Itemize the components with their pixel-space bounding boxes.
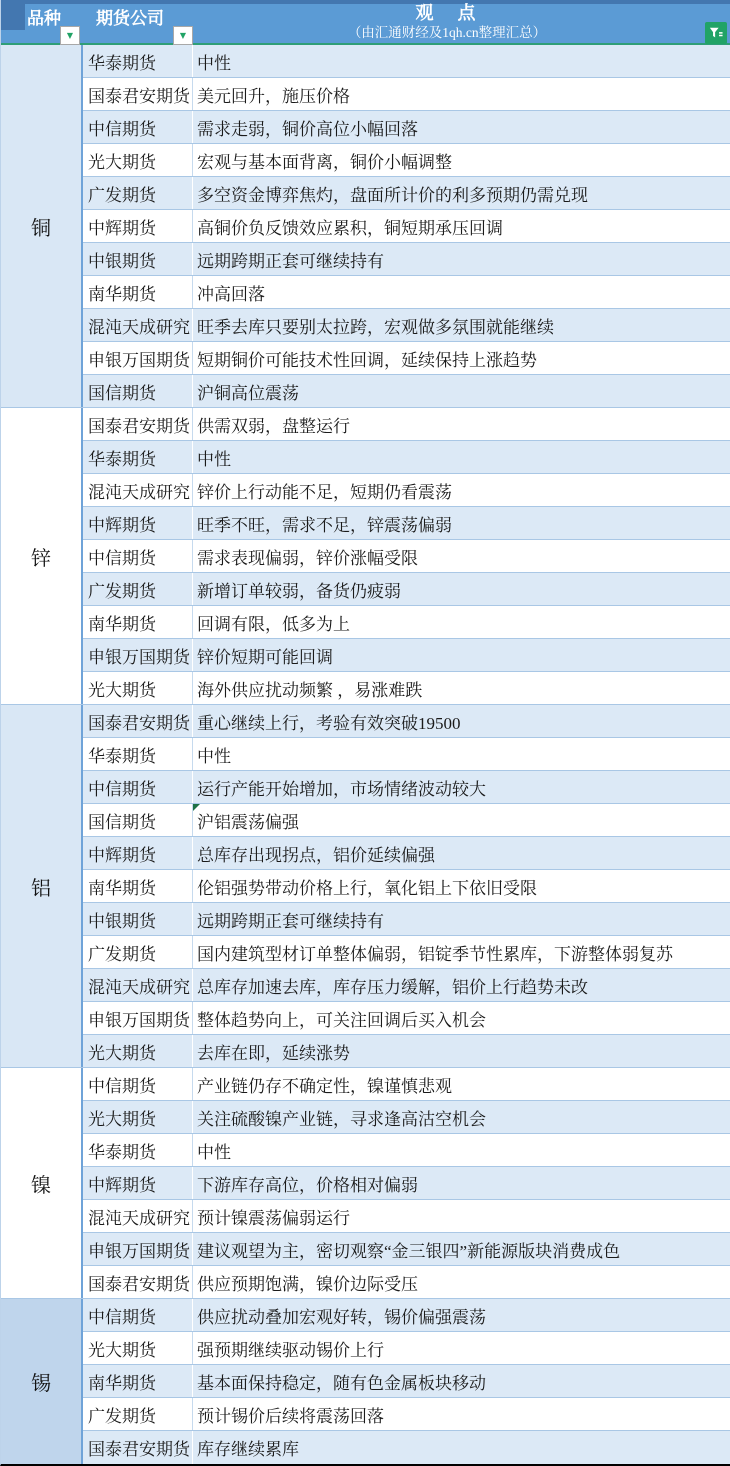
table-row: 国泰君安期货重心继续上行，考验有效突破19500 — [83, 705, 730, 738]
company-cell[interactable]: 南华期货 — [83, 606, 193, 638]
view-cell[interactable]: 下游库存高位，价格相对偏弱 — [193, 1167, 730, 1199]
table-row: 华泰期货中性 — [83, 738, 730, 771]
company-cell[interactable]: 国泰君安期货 — [83, 1431, 193, 1464]
company-cell[interactable]: 申银万国期货 — [83, 1233, 193, 1265]
company-cell[interactable]: 广发期货 — [83, 177, 193, 209]
futures-opinions-table: 品种 ▼ 期货公司 ▼ 观 点 （由汇通财经及1qh.cn整理汇总） 铜华泰期货… — [0, 0, 730, 1466]
view-cell[interactable]: 锌价短期可能回调 — [193, 639, 730, 671]
view-cell[interactable]: 预计锡价后续将震荡回落 — [193, 1398, 730, 1430]
view-cell[interactable]: 冲高回落 — [193, 276, 730, 308]
company-column-header: 期货公司 — [96, 9, 164, 29]
section-rows: 中信期货供应扰动叠加宏观好转，锡价偏强震荡光大期货强预期继续驱动锡价上行南华期货… — [83, 1299, 730, 1464]
company-cell[interactable]: 中银期货 — [83, 243, 193, 275]
view-cell[interactable]: 强预期继续驱动锡价上行 — [193, 1332, 730, 1364]
table-row: 中信期货供应扰动叠加宏观好转，锡价偏强震荡 — [83, 1299, 730, 1332]
company-cell[interactable]: 光大期货 — [83, 1101, 193, 1133]
variety-cell[interactable]: 铝 — [1, 705, 83, 1068]
table-row: 广发期货新增订单较弱，备货仍疲弱 — [83, 573, 730, 606]
company-cell[interactable]: 混沌天成研究 — [83, 309, 193, 341]
table-row: 国泰君安期货供应预期饱满，镍价边际受压 — [83, 1266, 730, 1299]
variety-cell[interactable]: 锌 — [1, 408, 83, 705]
table-row: 中信期货产业链仍存不确定性，镍谨慎悲观 — [83, 1068, 730, 1101]
metal-section: 镍中信期货产业链仍存不确定性，镍谨慎悲观光大期货关注硫酸镍产业链，寻求逢高沽空机… — [1, 1068, 730, 1299]
view-title: 观 点 — [194, 3, 700, 23]
table-row: 光大期货强预期继续驱动锡价上行 — [83, 1332, 730, 1365]
view-cell[interactable]: 宏观与基本面背离，铜价小幅调整 — [193, 144, 730, 176]
view-column-header: 观 点 （由汇通财经及1qh.cn整理汇总） — [194, 3, 700, 41]
table-body: 铜华泰期货中性国泰君安期货美元回升，施压价格中信期货需求走弱，铜价高位小幅回落光… — [1, 45, 730, 1464]
table-row: 中信期货运行产能开始增加，市场情绪波动较大 — [83, 771, 730, 804]
table-row: 国泰君安期货美元回升，施压价格 — [83, 78, 730, 111]
company-cell[interactable]: 申银万国期货 — [83, 1002, 193, 1034]
section-rows: 国泰君安期货供需双弱，盘整运行华泰期货中性混沌天成研究锌价上行动能不足，短期仍看… — [83, 408, 730, 705]
view-cell[interactable]: 远期跨期正套可继续持有 — [193, 243, 730, 275]
variety-cell[interactable]: 锡 — [1, 1299, 83, 1464]
view-cell[interactable]: 回调有限，低多为上 — [193, 606, 730, 638]
cell-comment-marker — [193, 804, 200, 811]
view-cell[interactable]: 库存继续累库 — [193, 1431, 730, 1464]
company-cell[interactable]: 中信期货 — [83, 1068, 193, 1100]
company-cell[interactable]: 国泰君安期货 — [83, 705, 193, 737]
company-cell[interactable]: 广发期货 — [83, 1398, 193, 1430]
view-cell[interactable]: 关注硫酸镍产业链，寻求逢高沽空机会 — [193, 1101, 730, 1133]
company-cell[interactable]: 中银期货 — [83, 903, 193, 935]
company-cell[interactable]: 南华期货 — [83, 276, 193, 308]
table-row: 申银万国期货短期铜价可能技术性回调，延续保持上涨趋势 — [83, 342, 730, 375]
metal-section: 铝国泰君安期货重心继续上行，考验有效突破19500华泰期货中性中信期货运行产能开… — [1, 705, 730, 1068]
view-cell[interactable]: 短期铜价可能技术性回调，延续保持上涨趋势 — [193, 342, 730, 374]
company-cell[interactable]: 华泰期货 — [83, 45, 193, 77]
company-cell[interactable]: 申银万国期货 — [83, 639, 193, 671]
table-row: 南华期货伦铝强势带动价格上行，氧化铝上下依旧受限 — [83, 870, 730, 903]
view-cell[interactable]: 沪铝震荡偏强 — [193, 804, 730, 836]
table-row: 国泰君安期货库存继续累库 — [83, 1431, 730, 1464]
view-cell[interactable]: 中性 — [193, 1134, 730, 1166]
table-row: 中辉期货总库存出现拐点，铝价延续偏强 — [83, 837, 730, 870]
view-cell[interactable]: 基本面保持稳定，随有色金属板块移动 — [193, 1365, 730, 1397]
company-cell[interactable]: 中辉期货 — [83, 837, 193, 869]
company-cell[interactable]: 中信期货 — [83, 111, 193, 143]
view-cell[interactable]: 建议观望为主，密切观察“金三银四”新能源版块消费成色 — [193, 1233, 730, 1265]
company-cell[interactable]: 混沌天成研究 — [83, 474, 193, 506]
table-row: 光大期货去库在即，延续涨势 — [83, 1035, 730, 1068]
company-cell[interactable]: 光大期货 — [83, 1332, 193, 1364]
view-cell[interactable]: 国内建筑型材订单整体偏弱，铝锭季节性累库，下游整体弱复苏 — [193, 936, 730, 968]
view-cell[interactable]: 新增订单较弱，备货仍疲弱 — [193, 573, 730, 605]
company-cell[interactable]: 国信期货 — [83, 804, 193, 836]
table-row: 中辉期货旺季不旺，需求不足，锌震荡偏弱 — [83, 507, 730, 540]
table-row: 中信期货需求表现偏弱，锌价涨幅受限 — [83, 540, 730, 573]
funnel-glyph — [709, 26, 723, 40]
company-cell[interactable]: 南华期货 — [83, 1365, 193, 1397]
company-cell[interactable]: 华泰期货 — [83, 441, 193, 473]
view-cell[interactable]: 去库在即，延续涨势 — [193, 1035, 730, 1067]
variety-column-header: 品种 — [27, 9, 61, 29]
table-row: 光大期货关注硫酸镍产业链，寻求逢高沽空机会 — [83, 1101, 730, 1134]
view-cell[interactable]: 需求走弱，铜价高位小幅回落 — [193, 111, 730, 143]
view-cell[interactable]: 旺季不旺，需求不足，锌震荡偏弱 — [193, 507, 730, 539]
company-cell[interactable]: 混沌天成研究 — [83, 969, 193, 1001]
table-row: 广发期货预计锡价后续将震荡回落 — [83, 1398, 730, 1431]
view-cell[interactable]: 海外供应扰动频繁 ，易涨难跌 — [193, 672, 730, 704]
metal-section: 锡中信期货供应扰动叠加宏观好转，锡价偏强震荡光大期货强预期继续驱动锡价上行南华期… — [1, 1299, 730, 1464]
table-row: 华泰期货中性 — [83, 45, 730, 78]
company-cell[interactable]: 国信期货 — [83, 375, 193, 407]
view-cell[interactable]: 中性 — [193, 738, 730, 770]
variety-cell[interactable]: 镍 — [1, 1068, 83, 1299]
table-row: 光大期货海外供应扰动频繁 ，易涨难跌 — [83, 672, 730, 705]
table-row: 华泰期货中性 — [83, 441, 730, 474]
table-row: 混沌天成研究总库存加速去库，库存压力缓解，铝价上行趋势未改 — [83, 969, 730, 1002]
view-cell[interactable]: 中性 — [193, 45, 730, 77]
view-cell[interactable]: 供应扰动叠加宏观好转，锡价偏强震荡 — [193, 1299, 730, 1331]
metal-section: 铜华泰期货中性国泰君安期货美元回升，施压价格中信期货需求走弱，铜价高位小幅回落光… — [1, 45, 730, 408]
chevron-down-icon: ▼ — [180, 31, 186, 40]
view-cell[interactable]: 旺季去库只要别太拉跨，宏观做多氛围就能继续 — [193, 309, 730, 341]
view-subtitle: （由汇通财经及1qh.cn整理汇总） — [194, 24, 700, 41]
company-cell[interactable]: 广发期货 — [83, 573, 193, 605]
view-cell[interactable]: 美元回升，施压价格 — [193, 78, 730, 110]
chevron-down-icon: ▼ — [67, 31, 73, 40]
metal-section: 锌国泰君安期货供需双弱，盘整运行华泰期货中性混沌天成研究锌价上行动能不足，短期仍… — [1, 408, 730, 705]
company-cell[interactable]: 广发期货 — [83, 936, 193, 968]
header-corner-block — [1, 0, 25, 30]
section-rows: 华泰期货中性国泰君安期货美元回升，施压价格中信期货需求走弱，铜价高位小幅回落光大… — [83, 45, 730, 408]
table-row: 中信期货需求走弱，铜价高位小幅回落 — [83, 111, 730, 144]
table-row: 南华期货基本面保持稳定，随有色金属板块移动 — [83, 1365, 730, 1398]
table-row: 中辉期货高铜价负反馈效应累积，铜短期承压回调 — [83, 210, 730, 243]
company-cell[interactable]: 中辉期货 — [83, 210, 193, 242]
company-cell[interactable]: 华泰期货 — [83, 738, 193, 770]
view-cell[interactable]: 产业链仍存不确定性，镍谨慎悲观 — [193, 1068, 730, 1100]
company-cell[interactable]: 光大期货 — [83, 672, 193, 704]
company-filter-dropdown[interactable]: ▼ — [173, 26, 193, 45]
view-cell[interactable]: 总库存出现拐点，铝价延续偏强 — [193, 837, 730, 869]
table-row: 国信期货沪铝震荡偏强 — [83, 804, 730, 837]
table-row: 光大期货宏观与基本面背离，铜价小幅调整 — [83, 144, 730, 177]
table-row: 南华期货冲高回落 — [83, 276, 730, 309]
table-row: 南华期货回调有限，低多为上 — [83, 606, 730, 639]
company-cell[interactable]: 中信期货 — [83, 1299, 193, 1331]
view-cell[interactable]: 远期跨期正套可继续持有 — [193, 903, 730, 935]
view-cell[interactable]: 伦铝强势带动价格上行，氧化铝上下依旧受限 — [193, 870, 730, 902]
company-cell[interactable]: 中信期货 — [83, 771, 193, 803]
view-cell[interactable]: 中性 — [193, 441, 730, 473]
view-cell[interactable]: 总库存加速去库，库存压力缓解，铝价上行趋势未改 — [193, 969, 730, 1001]
company-cell[interactable]: 中辉期货 — [83, 507, 193, 539]
view-cell[interactable]: 预计镍震荡偏弱运行 — [193, 1200, 730, 1232]
table-row: 中银期货远期跨期正套可继续持有 — [83, 243, 730, 276]
view-cell[interactable]: 重心继续上行，考验有效突破19500 — [193, 705, 730, 737]
table-row: 中银期货远期跨期正套可继续持有 — [83, 903, 730, 936]
variety-cell[interactable]: 铜 — [1, 45, 83, 408]
company-cell[interactable]: 国泰君安期货 — [83, 78, 193, 110]
view-cell[interactable]: 整体趋势向上，可关注回调后买入机会 — [193, 1002, 730, 1034]
table-row: 广发期货多空资金博弈焦灼，盘面所计价的利多预期仍需兑现 — [83, 177, 730, 210]
company-cell[interactable]: 国泰君安期货 — [83, 408, 193, 440]
table-row: 混沌天成研究锌价上行动能不足，短期仍看震荡 — [83, 474, 730, 507]
company-cell[interactable]: 中信期货 — [83, 540, 193, 572]
table-row: 申银万国期货锌价短期可能回调 — [83, 639, 730, 672]
table-row: 申银万国期货整体趋势向上，可关注回调后买入机会 — [83, 1002, 730, 1035]
view-cell[interactable]: 沪铜高位震荡 — [193, 375, 730, 407]
company-cell[interactable]: 华泰期货 — [83, 1134, 193, 1166]
company-cell[interactable]: 光大期货 — [83, 1035, 193, 1067]
table-row: 中辉期货下游库存高位，价格相对偏弱 — [83, 1167, 730, 1200]
company-cell[interactable]: 南华期货 — [83, 870, 193, 902]
table-row: 广发期货国内建筑型材订单整体偏弱，铝锭季节性累库，下游整体弱复苏 — [83, 936, 730, 969]
company-cell[interactable]: 光大期货 — [83, 144, 193, 176]
section-rows: 中信期货产业链仍存不确定性，镍谨慎悲观光大期货关注硫酸镍产业链，寻求逢高沽空机会… — [83, 1068, 730, 1299]
view-cell[interactable]: 需求表现偏弱，锌价涨幅受限 — [193, 540, 730, 572]
filter-funnel-icon[interactable] — [705, 22, 727, 44]
view-cell[interactable]: 运行产能开始增加，市场情绪波动较大 — [193, 771, 730, 803]
view-cell[interactable]: 锌价上行动能不足，短期仍看震荡 — [193, 474, 730, 506]
table-row: 国泰君安期货供需双弱，盘整运行 — [83, 408, 730, 441]
view-cell[interactable]: 供需双弱，盘整运行 — [193, 408, 730, 440]
view-cell[interactable]: 多空资金博弈焦灼，盘面所计价的利多预期仍需兑现 — [193, 177, 730, 209]
table-row: 混沌天成研究预计镍震荡偏弱运行 — [83, 1200, 730, 1233]
variety-filter-dropdown[interactable]: ▼ — [60, 26, 80, 45]
table-row: 国信期货沪铜高位震荡 — [83, 375, 730, 408]
view-cell[interactable]: 供应预期饱满，镍价边际受压 — [193, 1266, 730, 1298]
company-cell[interactable]: 国泰君安期货 — [83, 1266, 193, 1298]
section-rows: 国泰君安期货重心继续上行，考验有效突破19500华泰期货中性中信期货运行产能开始… — [83, 705, 730, 1068]
company-cell[interactable]: 混沌天成研究 — [83, 1200, 193, 1232]
view-cell[interactable]: 高铜价负反馈效应累积，铜短期承压回调 — [193, 210, 730, 242]
company-cell[interactable]: 中辉期货 — [83, 1167, 193, 1199]
table-row: 申银万国期货建议观望为主，密切观察“金三银四”新能源版块消费成色 — [83, 1233, 730, 1266]
table-row: 混沌天成研究旺季去库只要别太拉跨，宏观做多氛围就能继续 — [83, 309, 730, 342]
table-row: 华泰期货中性 — [83, 1134, 730, 1167]
table-header: 品种 ▼ 期货公司 ▼ 观 点 （由汇通财经及1qh.cn整理汇总） — [1, 0, 730, 45]
company-cell[interactable]: 申银万国期货 — [83, 342, 193, 374]
